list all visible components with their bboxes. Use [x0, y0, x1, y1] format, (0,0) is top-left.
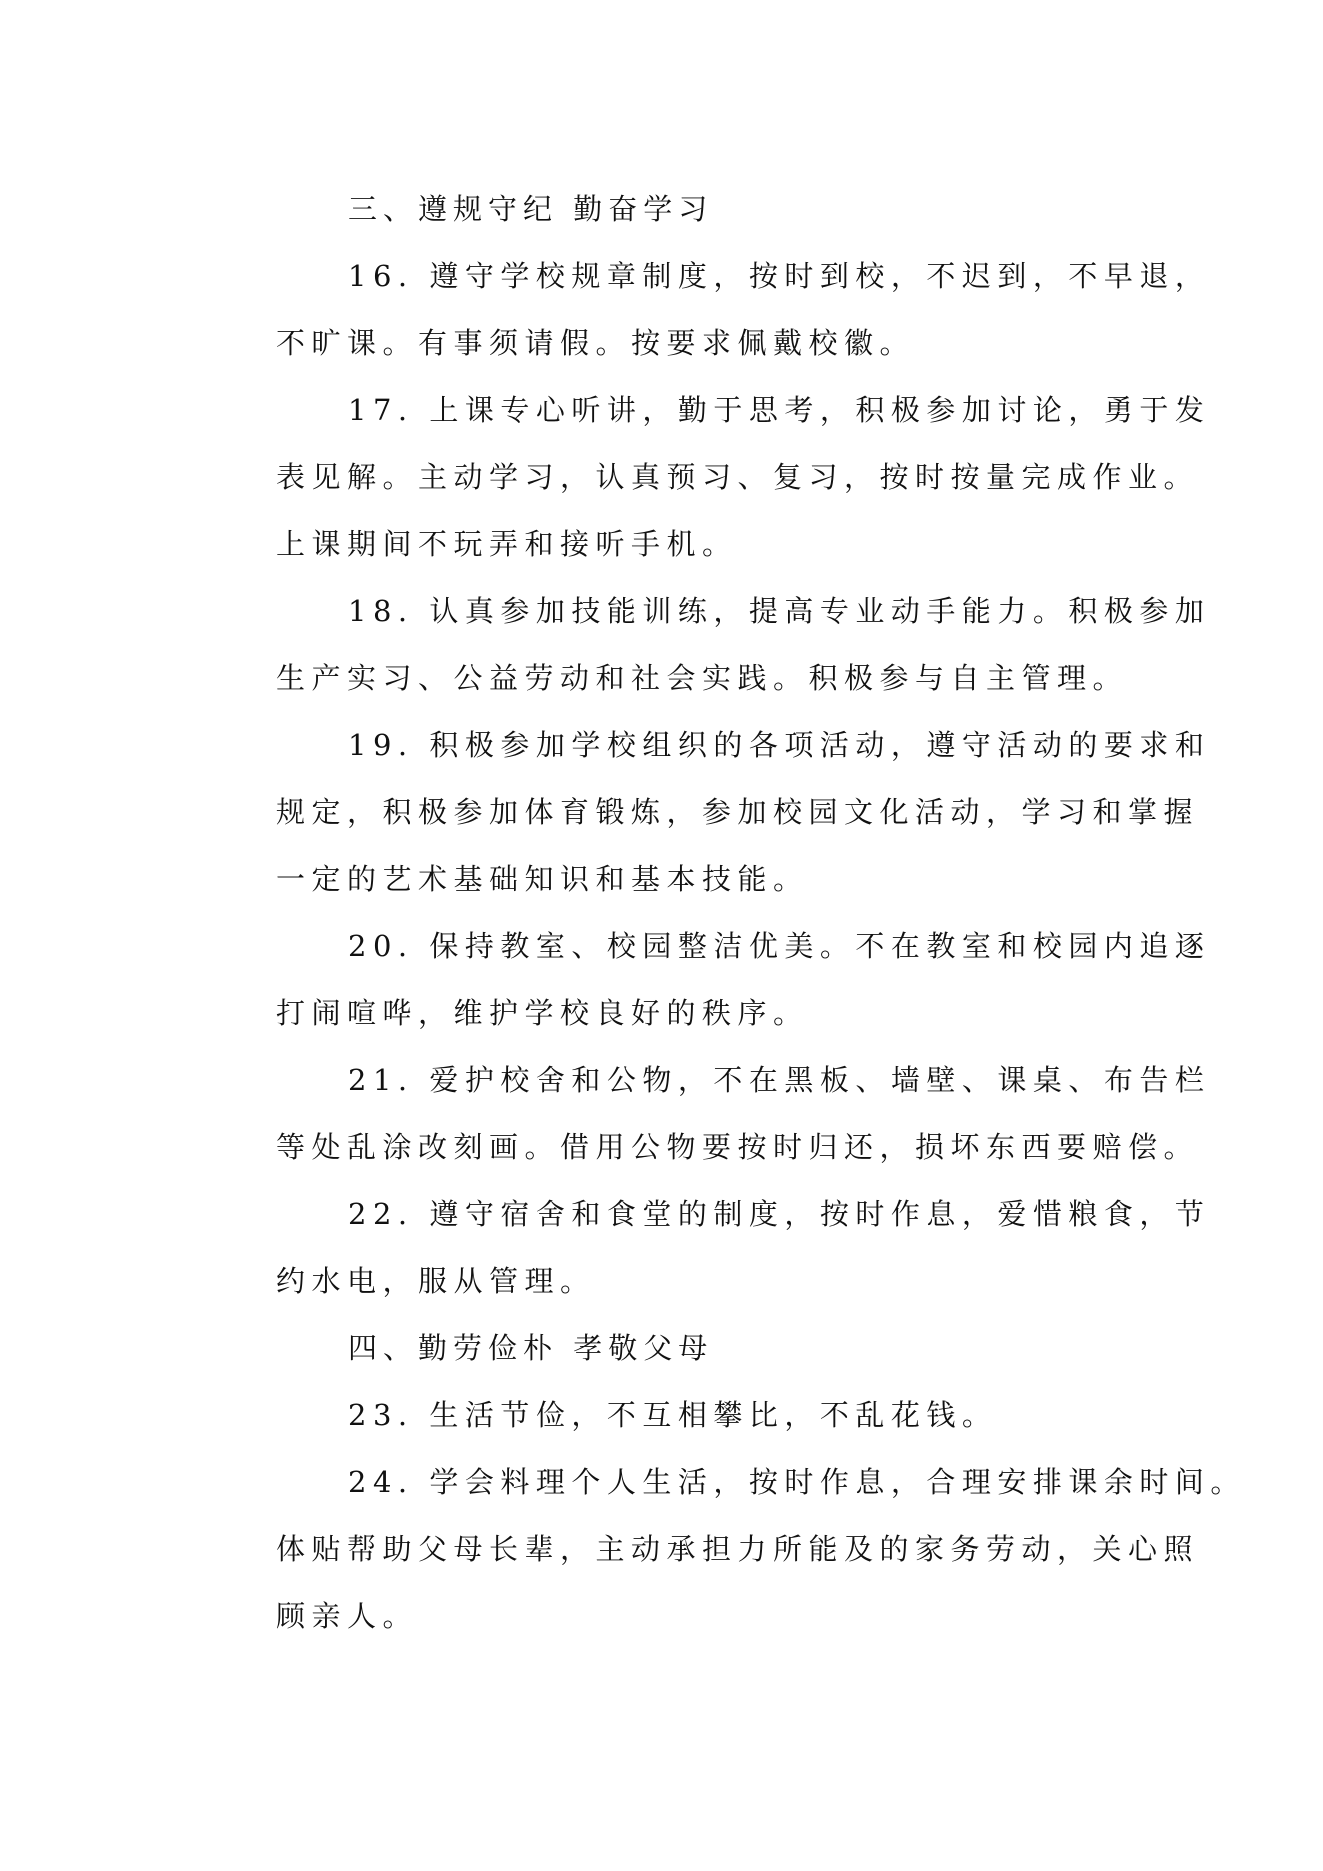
- rule-item-21: 21. 爱护校舍和公物，不在黑板、墙壁、课桌、布告栏 等处乱涂改刻画。借用公物要…: [204, 1047, 1129, 1181]
- rule-line: 22. 遵守宿舍和食堂的制度，按时作息，爱惜粮食，节: [204, 1181, 1129, 1248]
- rule-line: 一定的艺术基础知识和基本技能。: [204, 846, 1129, 913]
- rule-item-22: 22. 遵守宿舍和食堂的制度，按时作息，爱惜粮食，节 约水电，服从管理。: [204, 1181, 1129, 1315]
- rule-line: 约水电，服从管理。: [204, 1248, 1129, 1315]
- rule-line: 打闹喧哗，维护学校良好的秩序。: [204, 980, 1129, 1047]
- section-heading-4: 四、勤劳俭朴 孝敬父母: [204, 1315, 1129, 1382]
- rule-item-23: 23. 生活节俭，不互相攀比，不乱花钱。: [204, 1382, 1129, 1449]
- rule-line: 生产实习、公益劳动和社会实践。积极参与自主管理。: [204, 645, 1129, 712]
- rule-line: 18. 认真参加技能训练，提高专业动手能力。积极参加: [204, 578, 1129, 645]
- document-page: 三、遵规守纪 勤奋学习 16. 遵守学校规章制度，按时到校，不迟到，不早退， 不…: [0, 0, 1323, 1871]
- rule-line: 24. 学会料理个人生活，按时作息，合理安排课余时间。: [204, 1449, 1129, 1516]
- heading-text: 三、遵规守纪 勤奋学习: [204, 176, 1129, 243]
- rule-line: 等处乱涂改刻画。借用公物要按时归还，损坏东西要赔偿。: [204, 1114, 1129, 1181]
- section-heading-3: 三、遵规守纪 勤奋学习: [204, 176, 1129, 243]
- rule-line: 17. 上课专心听讲，勤于思考，积极参加讨论，勇于发: [204, 377, 1129, 444]
- rule-line: 规定，积极参加体育锻炼，参加校园文化活动，学习和掌握: [204, 779, 1129, 846]
- rule-line: 23. 生活节俭，不互相攀比，不乱花钱。: [204, 1382, 1129, 1449]
- rule-line: 体贴帮助父母长辈，主动承担力所能及的家务劳动，关心照: [204, 1516, 1129, 1583]
- rule-item-17: 17. 上课专心听讲，勤于思考，积极参加讨论，勇于发 表见解。主动学习，认真预习…: [204, 377, 1129, 578]
- rule-item-19: 19. 积极参加学校组织的各项活动，遵守活动的要求和 规定，积极参加体育锻炼，参…: [204, 712, 1129, 913]
- rule-line: 20. 保持教室、校园整洁优美。不在教室和校园内追逐: [204, 913, 1129, 980]
- rule-item-20: 20. 保持教室、校园整洁优美。不在教室和校园内追逐 打闹喧哗，维护学校良好的秩…: [204, 913, 1129, 1047]
- rule-item-24: 24. 学会料理个人生活，按时作息，合理安排课余时间。 体贴帮助父母长辈，主动承…: [204, 1449, 1129, 1650]
- rule-line: 顾亲人。: [204, 1583, 1129, 1650]
- rule-line: 21. 爱护校舍和公物，不在黑板、墙壁、课桌、布告栏: [204, 1047, 1129, 1114]
- rule-line: 表见解。主动学习，认真预习、复习，按时按量完成作业。: [204, 444, 1129, 511]
- rule-line: 不旷课。有事须请假。按要求佩戴校徽。: [204, 310, 1129, 377]
- rule-item-18: 18. 认真参加技能训练，提高专业动手能力。积极参加 生产实习、公益劳动和社会实…: [204, 578, 1129, 712]
- rule-line: 19. 积极参加学校组织的各项活动，遵守活动的要求和: [204, 712, 1129, 779]
- heading-text: 四、勤劳俭朴 孝敬父母: [204, 1315, 1129, 1382]
- rule-item-16: 16. 遵守学校规章制度，按时到校，不迟到，不早退， 不旷课。有事须请假。按要求…: [204, 243, 1129, 377]
- rule-line: 上课期间不玩弄和接听手机。: [204, 511, 1129, 578]
- document-body: 三、遵规守纪 勤奋学习 16. 遵守学校规章制度，按时到校，不迟到，不早退， 不…: [204, 176, 1129, 1650]
- rule-line: 16. 遵守学校规章制度，按时到校，不迟到，不早退，: [204, 243, 1129, 310]
